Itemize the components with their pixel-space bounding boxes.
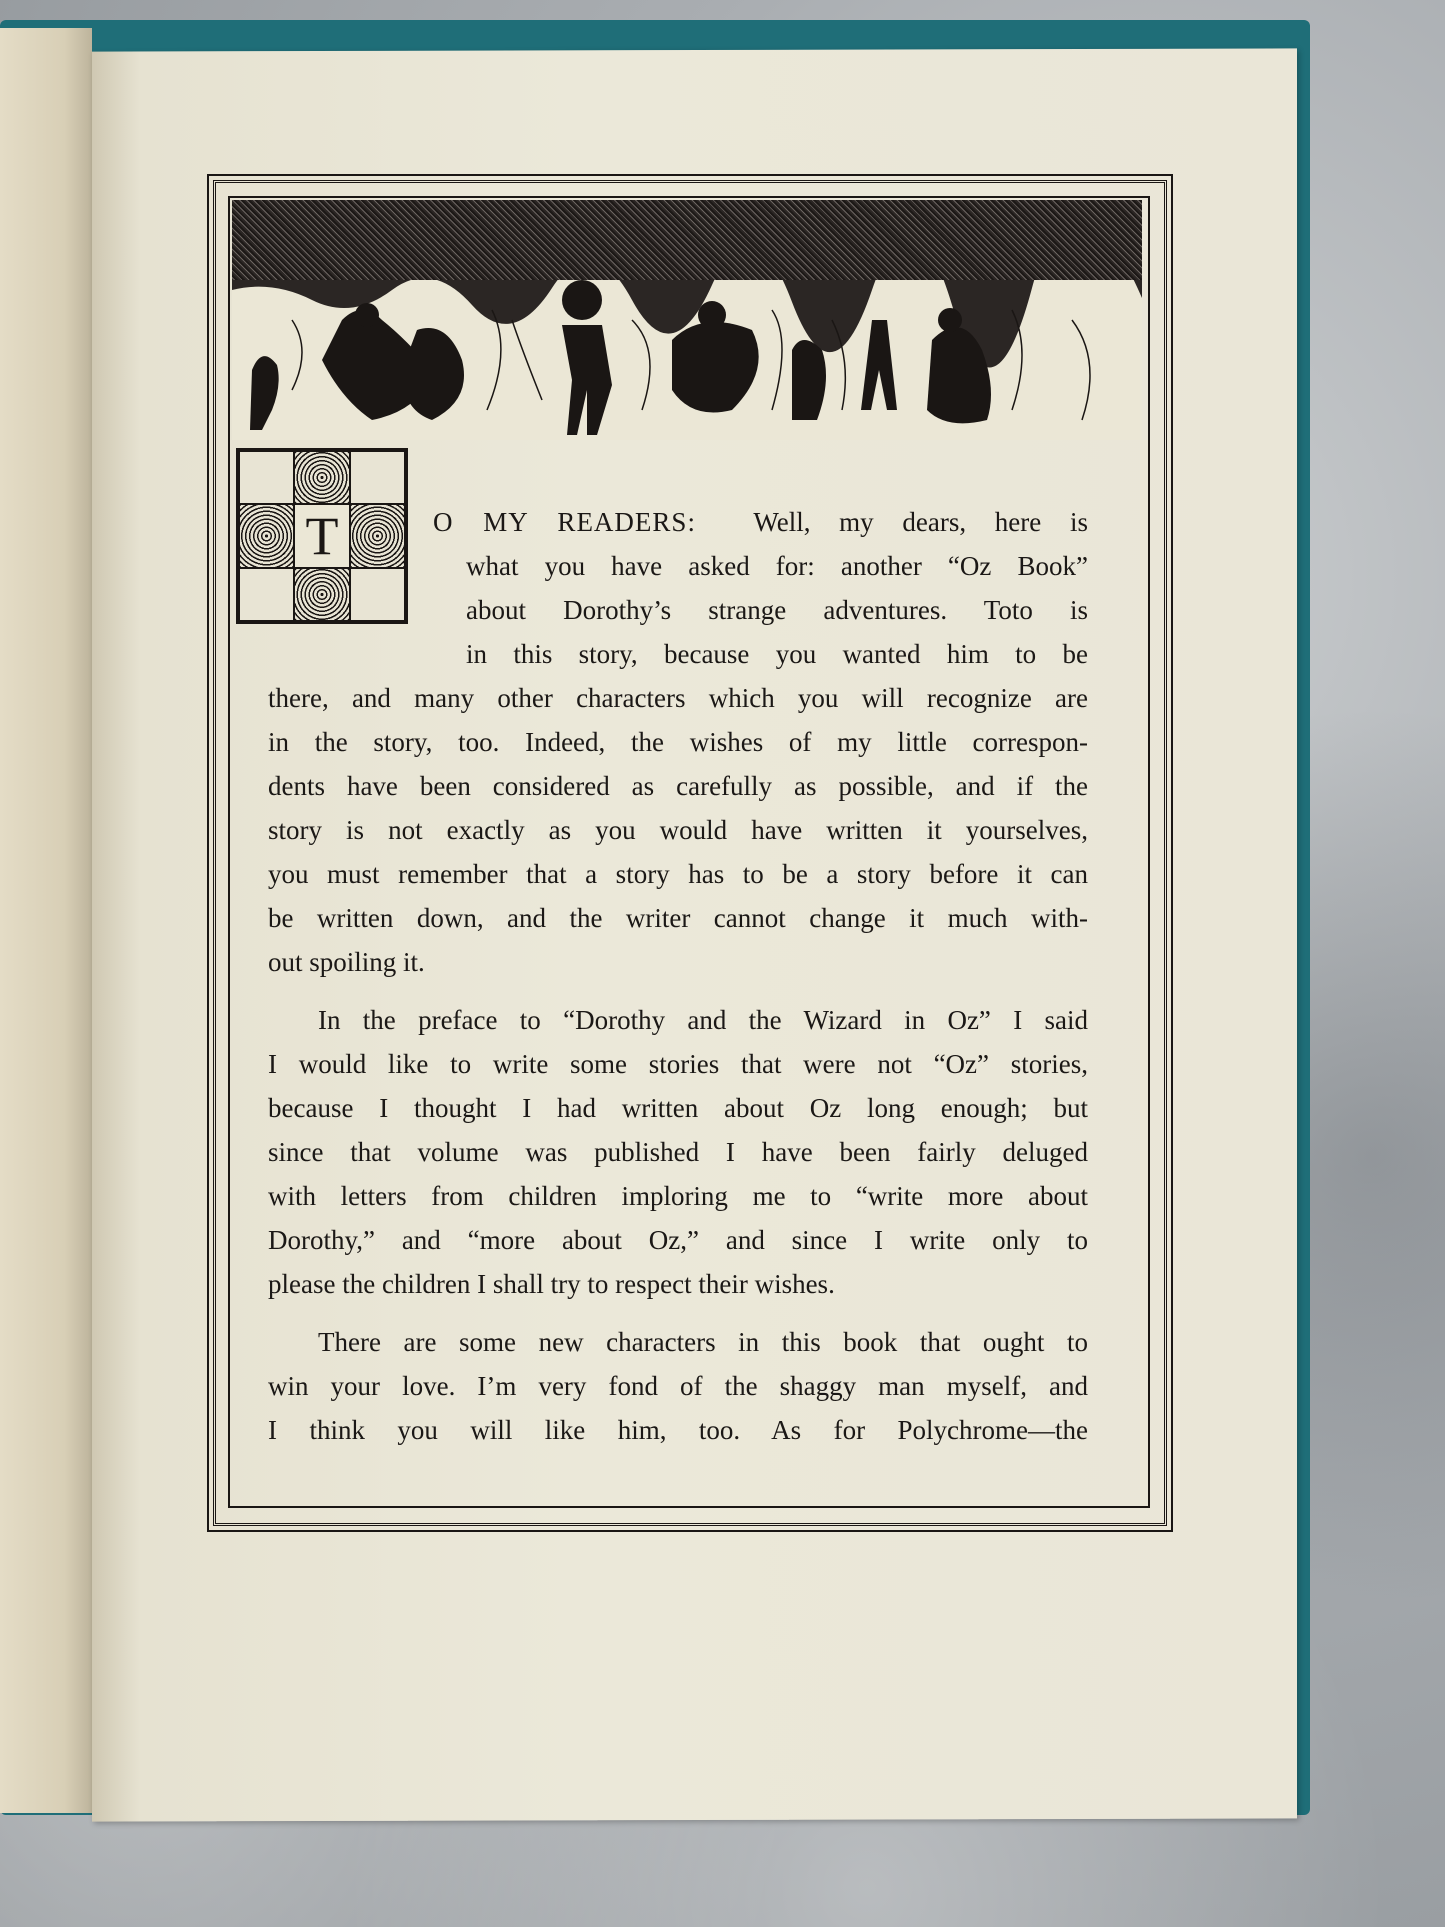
text-line: be written down, and the writer cannot c… — [268, 896, 1088, 940]
dropcap-cell-blank — [239, 451, 294, 504]
paragraph-1: O MY READERS: Well, my dears, here is wh… — [268, 500, 1088, 984]
text-line: in the story, too. Indeed, the wishes of… — [268, 720, 1088, 764]
text-line: since that volume was published I have b… — [268, 1130, 1088, 1174]
text-line: story is not exactly as you would have w… — [268, 808, 1088, 852]
text-line: there, and many other characters which y… — [268, 676, 1088, 720]
text-line: I would like to write some stories that … — [268, 1042, 1088, 1086]
dropcap-cell-blank — [350, 451, 405, 504]
salutation-heading: O MY READERS: — [433, 507, 696, 537]
dancers-silhouette-icon — [232, 280, 1142, 440]
text-line: In the preface to “Dorothy and the Wizar… — [268, 998, 1088, 1042]
text-line: because I thought I had written about Oz… — [268, 1086, 1088, 1130]
text-line: please the children I shall try to respe… — [268, 1262, 1088, 1306]
text-line: win your love. I’m very fond of the shag… — [268, 1364, 1088, 1408]
text-line: I think you will like him, too. As for P… — [268, 1408, 1088, 1452]
text-line: dents have been considered as carefully … — [268, 764, 1088, 808]
dropcap-ornament-icon — [294, 451, 349, 504]
text-line: with letters from children imploring me … — [268, 1174, 1088, 1218]
text-line: There are some new characters in this bo… — [268, 1320, 1088, 1364]
text-line: what you have asked for: another “Oz Boo… — [466, 544, 1088, 588]
paragraph-2: In the preface to “Dorothy and the Wizar… — [268, 998, 1088, 1306]
text-line: out spoiling it. — [268, 940, 1088, 984]
text-line: Dorothy,” and “more about Oz,” and since… — [268, 1218, 1088, 1262]
text-line: you must remember that a story has to be… — [268, 852, 1088, 896]
body-text: O MY READERS: Well, my dears, here is wh… — [268, 500, 1088, 1466]
text-line: about Dorothy’s strange adventures. Toto… — [466, 588, 1088, 632]
left-page-edge — [0, 28, 92, 1813]
paragraph-3: There are some new characters in this bo… — [268, 1320, 1088, 1452]
dancing-crowd-illustration — [232, 200, 1142, 440]
text-line: O MY READERS: Well, my dears, here is — [433, 500, 1088, 544]
text-line: in this story, because you wanted him to… — [466, 632, 1088, 676]
